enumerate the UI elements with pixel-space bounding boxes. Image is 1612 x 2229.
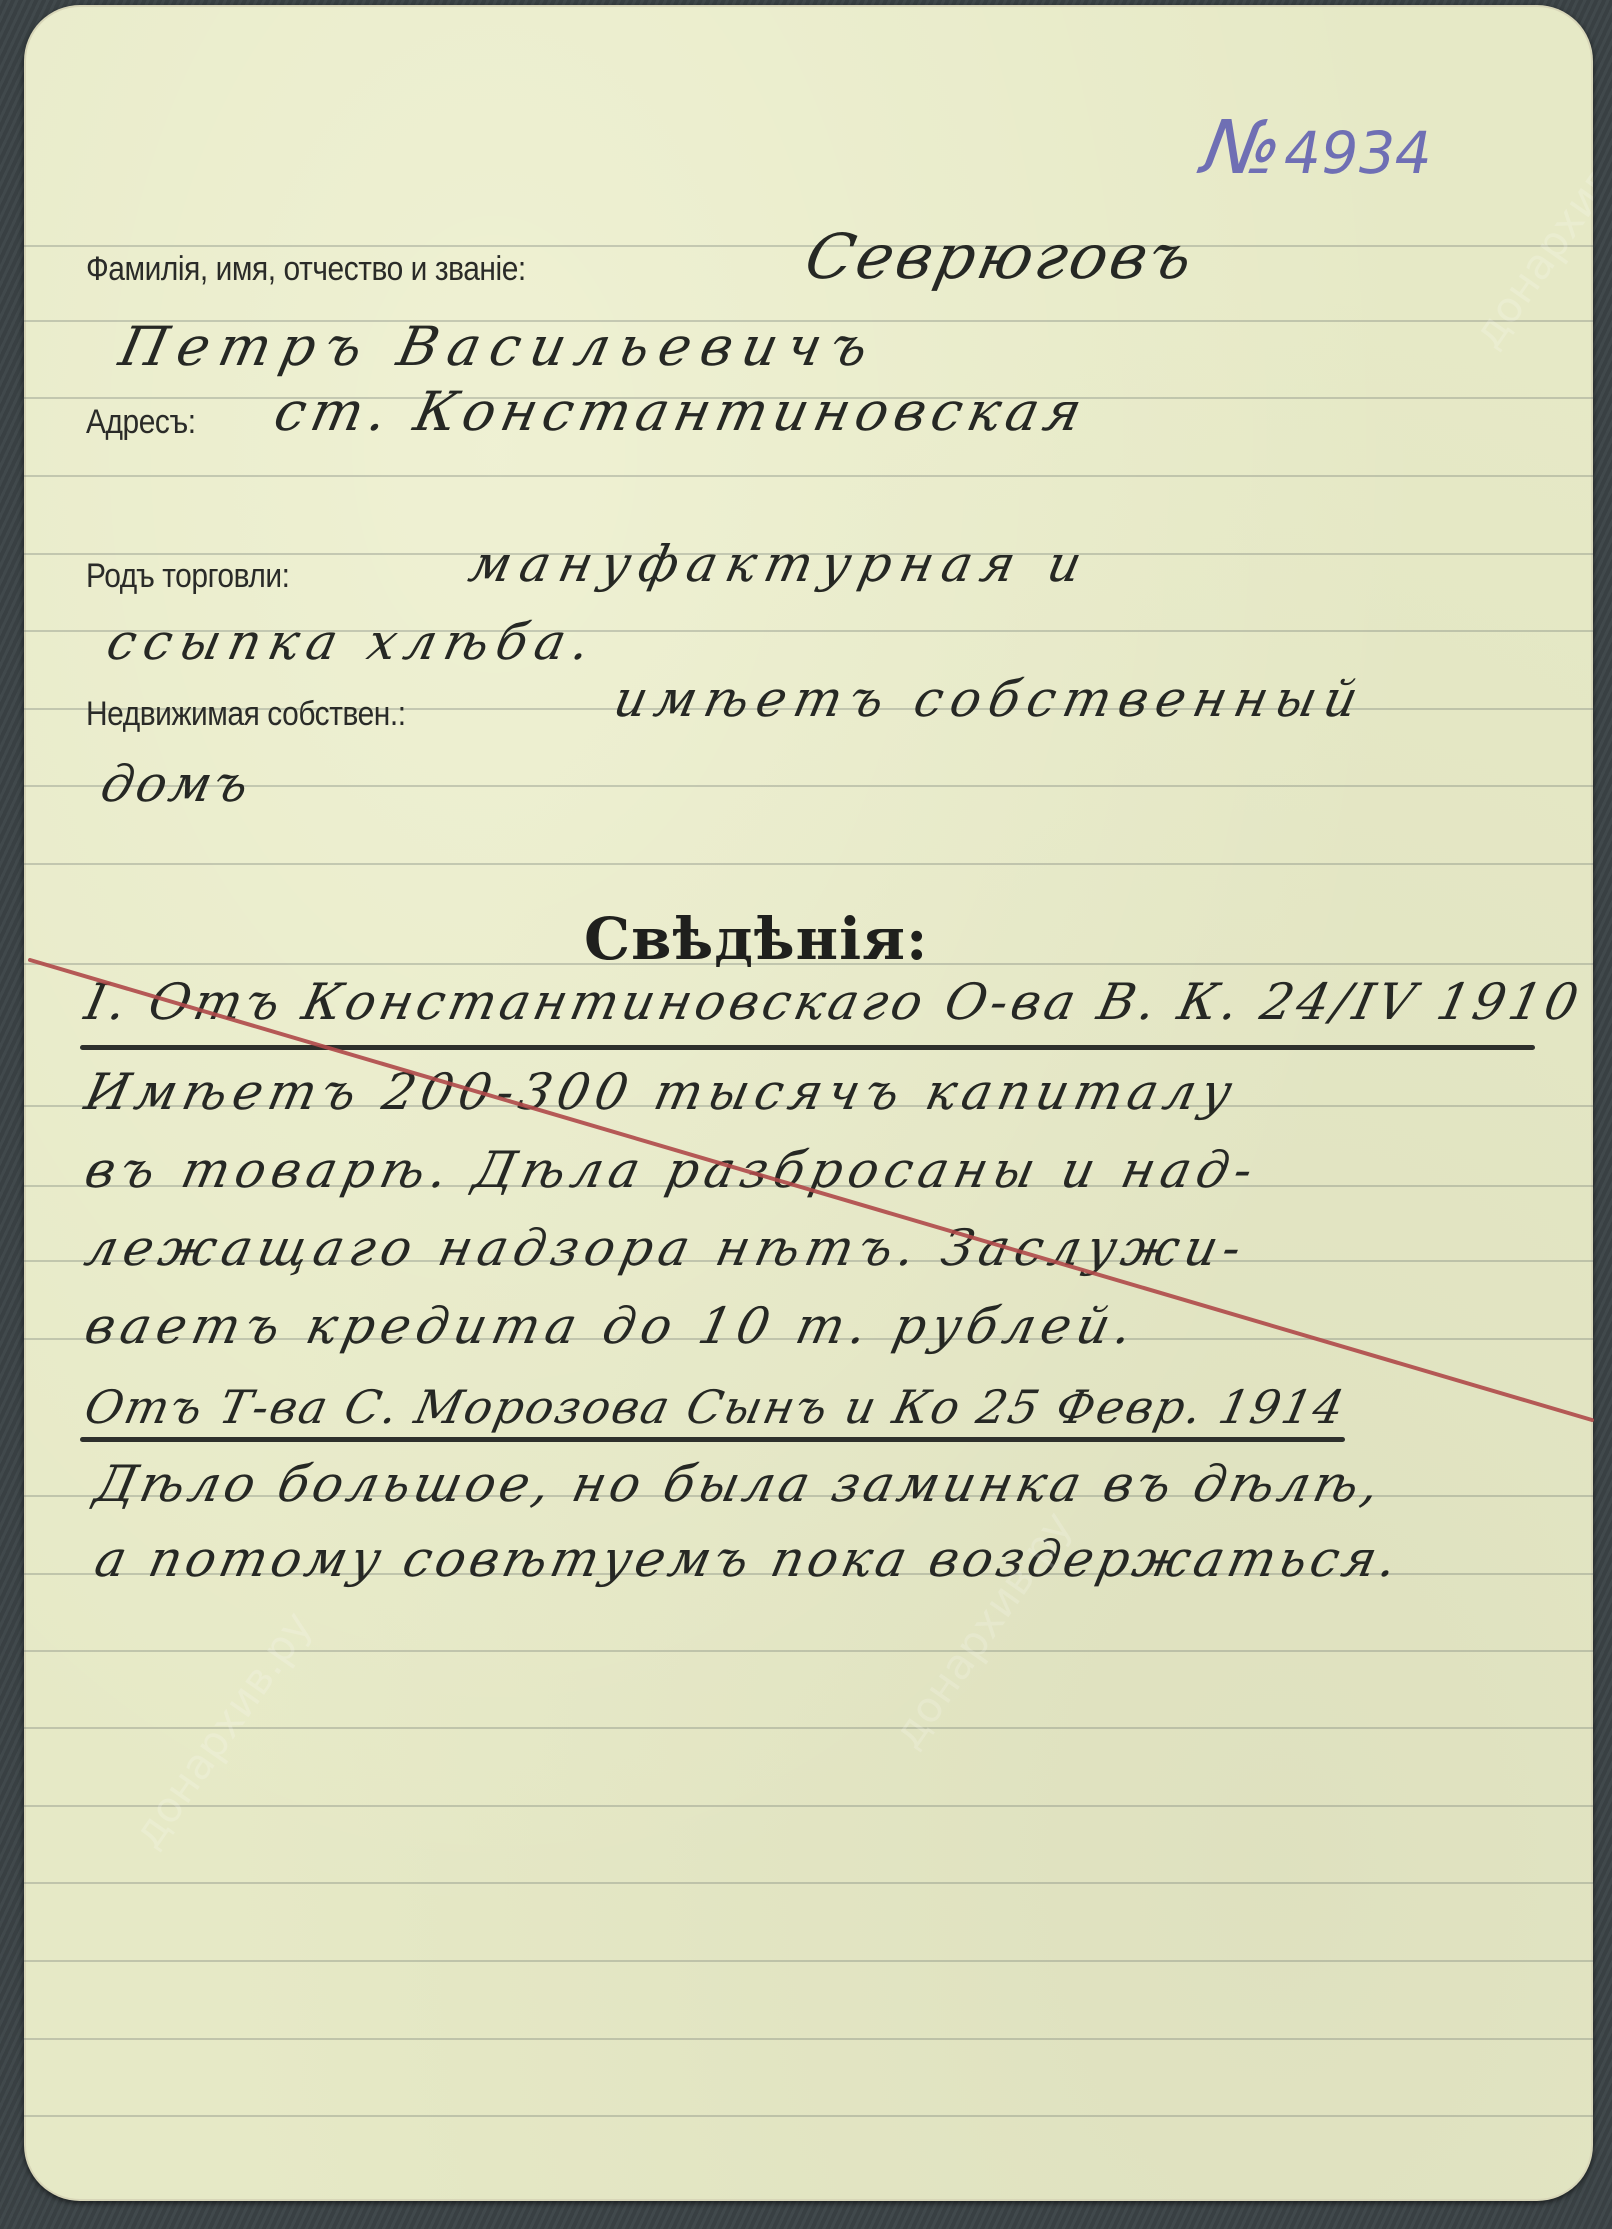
ruled-line <box>24 1882 1593 1884</box>
trade-value-line1: мануфактурная и <box>464 535 1096 593</box>
ruled-line <box>24 475 1593 477</box>
ruled-line <box>24 863 1593 865</box>
ruled-line <box>24 2038 1593 2040</box>
section-heading: Свѣдѣнія: <box>584 905 928 973</box>
given-names-value: Петръ Васильевичъ <box>114 315 884 378</box>
ruled-line <box>24 785 1593 787</box>
number-sign: № <box>1196 105 1288 191</box>
name-label: Фамилія, имя, отчество и званіе: <box>86 250 526 289</box>
entry-2-line-2: а потому совѣтуемъ пока воздержаться. <box>90 1530 1406 1588</box>
ruled-line <box>24 1805 1593 1807</box>
entry-2-line-1: Дѣло большое, но была заминка въ дѣлѣ, <box>90 1455 1388 1513</box>
entry-1-line-4: ваетъ кредита до 10 т. рублей. <box>80 1297 1143 1355</box>
entry-2-underline <box>80 1437 1345 1442</box>
surname-value: Севрюговъ <box>799 220 1202 293</box>
card-number-stamp: №4934 <box>1196 105 1440 191</box>
property-value-line1: имѣетъ собственный <box>609 670 1371 728</box>
entry-1-underline <box>80 1045 1535 1050</box>
entry-1-line-2: въ товарѣ. Дѣла разбросаны и над- <box>80 1141 1264 1199</box>
ruled-line <box>24 1960 1593 1962</box>
entry-1-line-1: Имѣетъ 200-300 тысячъ капиталу <box>80 1063 1243 1121</box>
trade-value-line2: ссыпка хлѣба. <box>102 613 603 671</box>
watermark: донархив.ру <box>123 1602 322 1856</box>
trade-label: Родъ торговли: <box>86 557 290 596</box>
address-value: ст. Константиновская <box>269 380 1093 443</box>
property-value-line2: домъ <box>96 755 257 813</box>
ruled-line <box>24 2115 1593 2117</box>
entry-1-header: I. Отъ Константиновскаго О-ва В. К. 24/I… <box>80 973 1587 1031</box>
property-label: Недвижимая собствен.: <box>86 695 406 734</box>
address-label: Адресъ: <box>86 403 196 442</box>
entry-1-line-3: лежащаго надзора нѣтъ. Заслужи- <box>80 1219 1252 1277</box>
ruled-line <box>24 1727 1593 1729</box>
entry-2-header: Отъ Т-ва С. Морозова Сынъ и Ко 25 Февр. … <box>80 1380 1351 1434</box>
card-number-value: 4934 <box>1278 119 1438 187</box>
archive-card: №4934 Фамилія, имя, отчество и званіе: С… <box>24 5 1593 2201</box>
watermark: донархив.ру <box>1463 102 1593 356</box>
